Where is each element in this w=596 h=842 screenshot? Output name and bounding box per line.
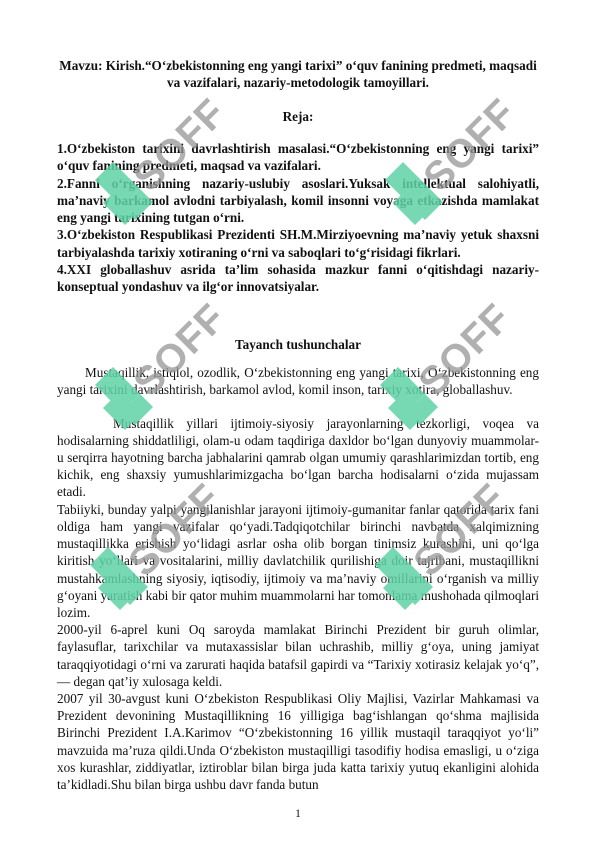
document-title: Mavzu: Kirish.“O‘zbekistonning eng yangi… (57, 57, 539, 91)
plan-list: 1.O‘zbekiston tarixini davrlashtirish ma… (57, 140, 539, 296)
plan-heading: Reja: (57, 108, 539, 125)
plan-item: 4.XXI globallashuv asrida ta’lim sohasid… (57, 261, 539, 296)
keywords-text: Mustaqillik, istiqlol, ozodlik, O‘zbekis… (57, 364, 539, 398)
keywords-heading: Tayanch tushunchalar (57, 336, 539, 353)
paragraph: Tabiiyki, bunday yalpi yangilanishlar ja… (57, 501, 539, 621)
paragraph: 2007 yil 30-avgust kuni O‘zbekiston Resp… (57, 690, 539, 793)
page-number: 1 (0, 808, 596, 820)
plan-item: 3.O‘zbekiston Respublikasi Prezidenti SH… (57, 226, 539, 261)
plan-item: 2.Fanni o‘rganishning nazariy-uslubiy as… (57, 175, 539, 227)
plan-item: 1.O‘zbekiston tarixini davrlashtirish ma… (57, 140, 539, 175)
document-page: Mavzu: Kirish.“O‘zbekistonning eng yangi… (0, 0, 596, 842)
page-content: Mavzu: Kirish.“O‘zbekistonning eng yangi… (57, 57, 539, 793)
body-text: Mustaqillik yillari ijtimoiy-siyosiy jar… (57, 415, 539, 793)
paragraph: Mustaqillik yillari ijtimoiy-siyosiy jar… (57, 415, 539, 501)
paragraph: 2000-yil 6-aprel kuni Oq saroyda mamlaka… (57, 621, 539, 690)
